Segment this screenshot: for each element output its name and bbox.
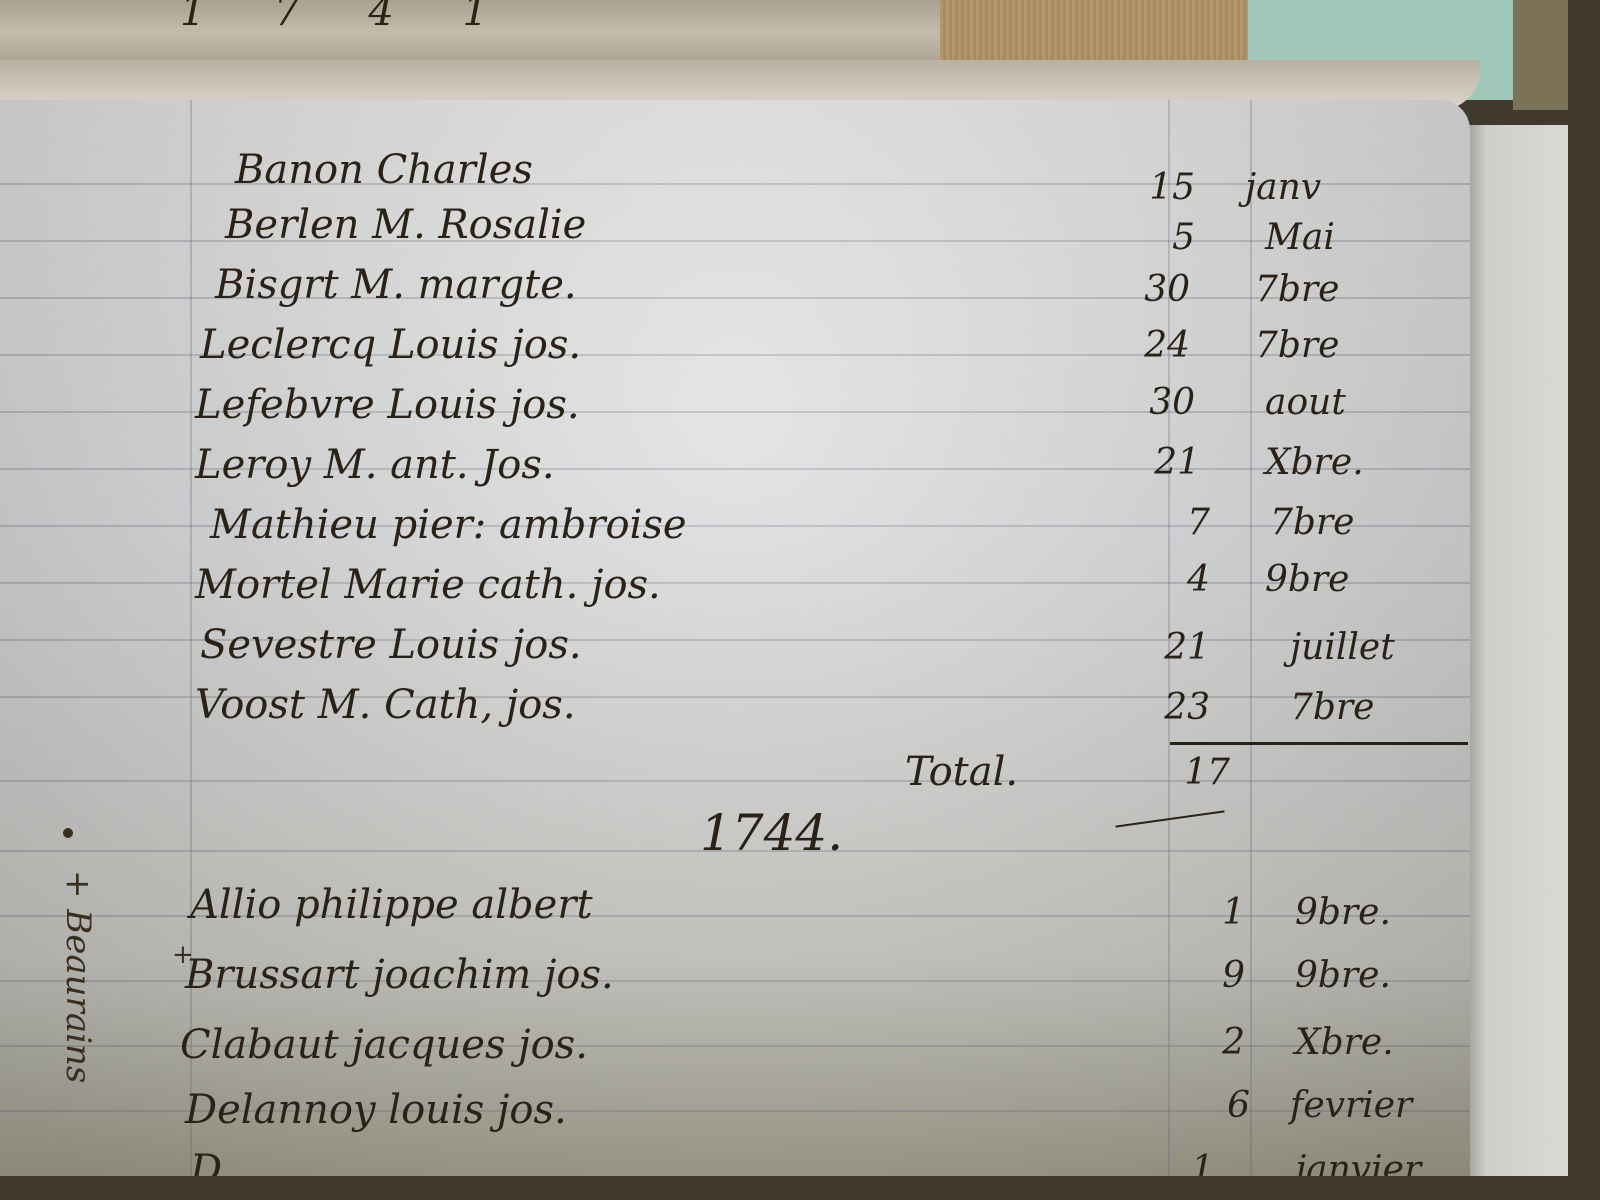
entry-day: 30 xyxy=(1120,272,1190,308)
entry-name: Delannoy louis jos. xyxy=(185,1090,567,1130)
entry-name: Allio philippe albert xyxy=(190,885,593,925)
total-value: 17 xyxy=(1160,755,1230,791)
entry-name: Leroy M. ant. Jos. xyxy=(195,445,555,485)
entry-day: 24 xyxy=(1120,328,1190,364)
entry-month: 9bre xyxy=(1265,562,1349,598)
entry-name: Voost M. Cath, jos. xyxy=(195,685,576,725)
entry-month: 7bre xyxy=(1255,328,1339,364)
month-column-line xyxy=(1250,100,1252,1176)
sum-underline xyxy=(1170,742,1468,745)
entry-name: Lefebvre Louis jos. xyxy=(195,385,580,425)
left-margin-line xyxy=(190,100,192,1176)
entry-month: aout xyxy=(1265,385,1346,421)
ink-dot xyxy=(63,828,73,838)
entry-month: 7bre xyxy=(1255,272,1339,308)
entry-month: 9bre. xyxy=(1295,895,1391,931)
entry-month: 9bre. xyxy=(1295,958,1391,994)
entry-month: 7bre xyxy=(1270,505,1354,541)
wooden-frame xyxy=(1513,0,1568,110)
entry-day: 15 xyxy=(1125,170,1195,206)
entry-name: Mortel Marie cath. jos. xyxy=(195,565,661,605)
total-label: Total. xyxy=(905,752,1018,792)
entry-day: 9 xyxy=(1175,958,1245,994)
entry-day: 1 xyxy=(1175,895,1245,931)
entry-name: Mathieu pier: ambroise xyxy=(210,505,687,545)
entry-name: Brussart joachim jos. xyxy=(185,955,614,995)
entry-name: Bisgrt M. margte. xyxy=(215,265,577,305)
entry-month: 7bre xyxy=(1290,690,1374,726)
entry-month: fevrier xyxy=(1290,1088,1412,1124)
entry-month: juillet xyxy=(1290,630,1395,666)
entry-day: 2 xyxy=(1175,1025,1245,1061)
entry-name: Berlen M. Rosalie xyxy=(225,205,586,245)
entry-day: 21 xyxy=(1130,445,1200,481)
entry-day: 1… xyxy=(1180,1152,1250,1176)
entry-day: 30 xyxy=(1125,385,1195,421)
entry-month: Xbre. xyxy=(1265,445,1364,481)
entry-name: Banon Charles xyxy=(235,150,533,190)
entry-day: 7 xyxy=(1140,505,1210,541)
entry-day: 4 xyxy=(1140,562,1210,598)
entry-name: Sevestre Louis jos. xyxy=(200,625,582,665)
entry-month: Xbre. xyxy=(1295,1025,1394,1061)
entry-name: Leclercq Louis jos. xyxy=(200,325,581,365)
entry-month: janv xyxy=(1245,170,1321,206)
entry-day: 6 xyxy=(1180,1088,1250,1124)
entry-day: 23 xyxy=(1140,690,1210,726)
entry-name: Clabaut jacques jos. xyxy=(180,1025,588,1065)
entry-name: D… xyxy=(190,1150,262,1176)
entry-day: 21 xyxy=(1140,630,1210,666)
margin-note: + Beaurains xyxy=(58,870,98,1083)
year-heading: 1744. xyxy=(700,808,843,858)
entry-month: Mai xyxy=(1265,220,1335,256)
entry-month: janvier xyxy=(1295,1152,1421,1176)
facing-page xyxy=(1462,125,1568,1176)
entry-day: 5 xyxy=(1125,220,1195,256)
